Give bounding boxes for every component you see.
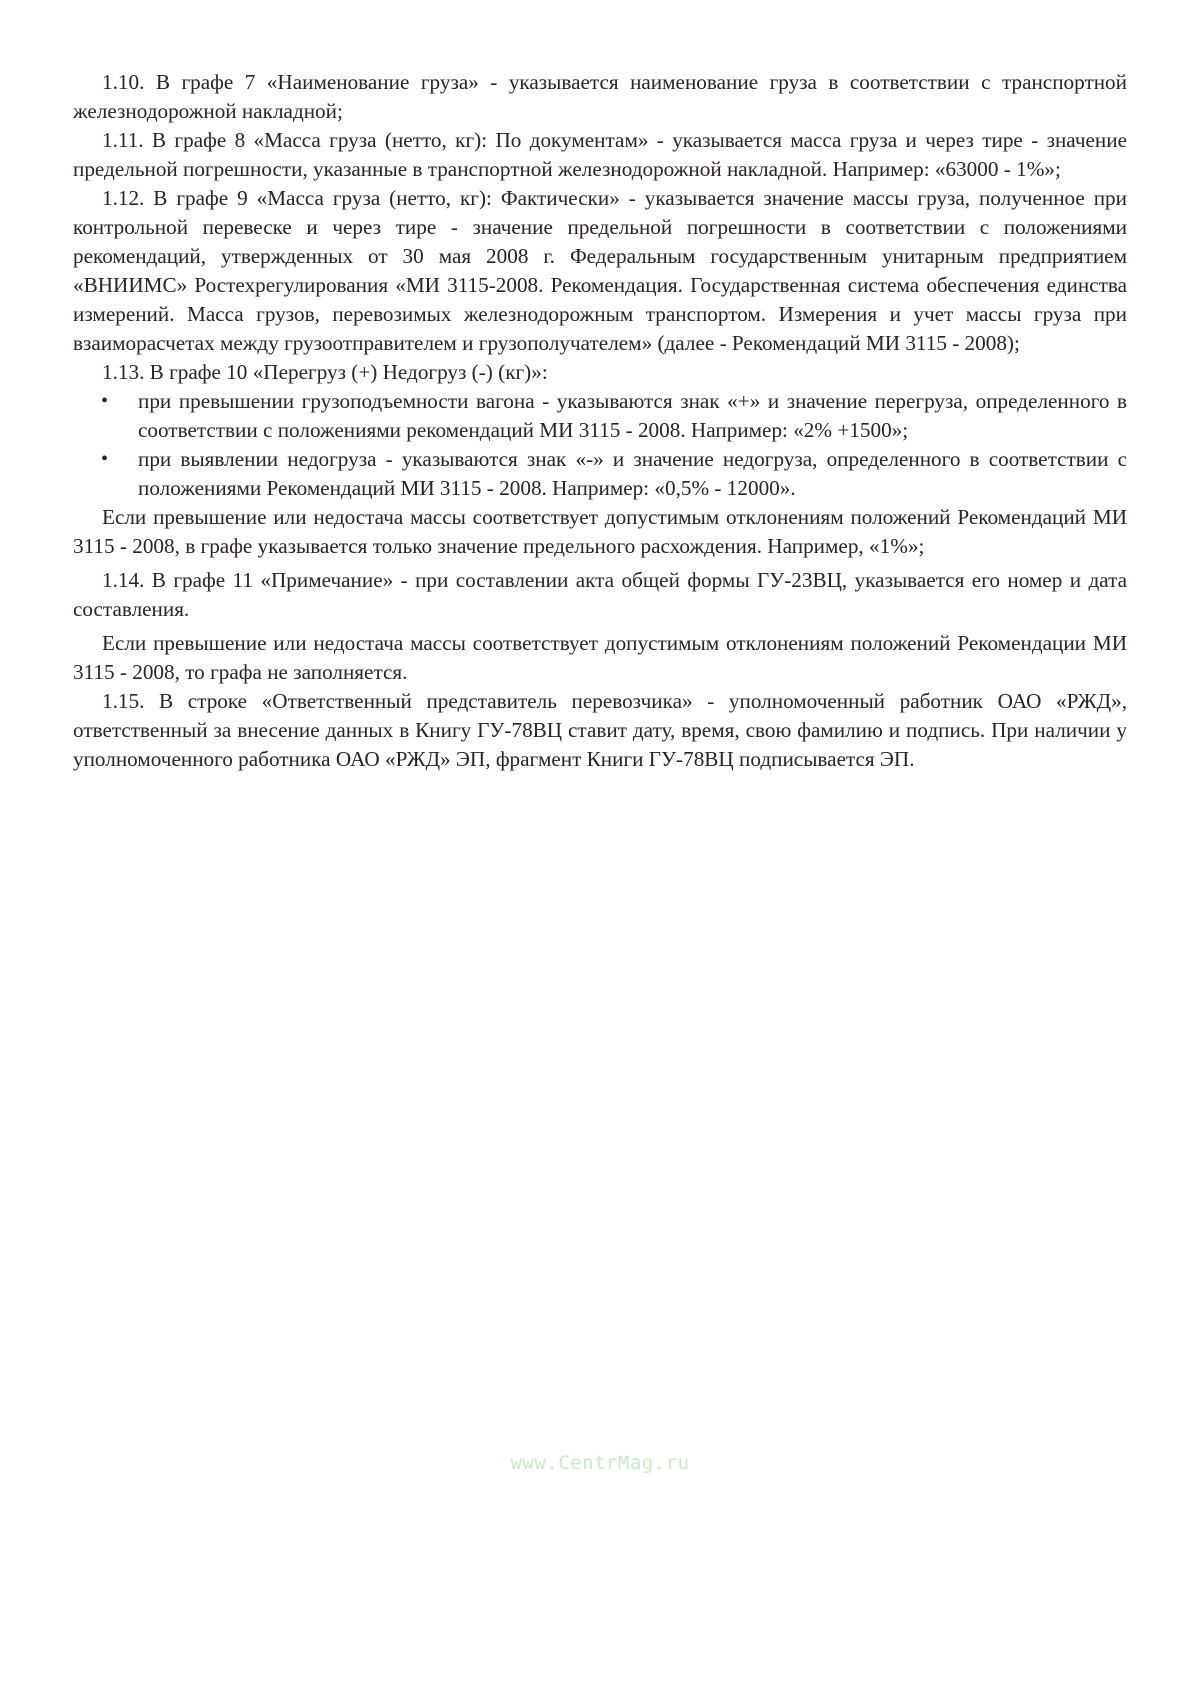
paragraph-1-11: 1.11. В графе 8 «Масса груза (нетто, кг)… [73, 126, 1127, 184]
paragraph-1-14-note: Если превышение или недостача массы соот… [73, 629, 1127, 687]
bullet-icon: • [101, 445, 108, 474]
bullet-text: при превышении грузоподъемности вагона -… [138, 389, 1127, 442]
paragraph-1-13-note: Если превышение или недостача массы соот… [73, 503, 1127, 561]
paragraph-1-12: 1.12. В графе 9 «Масса груза (нетто, кг)… [73, 184, 1127, 358]
bullet-item-underload: • при выявлении недогруза - указываются … [73, 445, 1127, 503]
bullet-item-overload: • при превышении грузоподъемности вагона… [73, 387, 1127, 445]
bullet-list: • при превышении грузоподъемности вагона… [73, 387, 1127, 503]
paragraph-1-14: 1.14. В графе 11 «Примечание» - при сост… [73, 566, 1127, 624]
watermark-text: www.CentrMag.ru [0, 1452, 1200, 1474]
paragraph-1-13: 1.13. В графе 10 «Перегруз (+) Недогруз … [73, 358, 1127, 387]
bullet-text: при выявлении недогруза - указываются зн… [138, 447, 1127, 500]
paragraph-1-15: 1.15. В строке «Ответственный представит… [73, 687, 1127, 774]
bullet-icon: • [101, 387, 108, 416]
document-page: 1.10. В графе 7 «Наименование груза» - у… [73, 68, 1127, 774]
paragraph-1-10: 1.10. В графе 7 «Наименование груза» - у… [73, 68, 1127, 126]
